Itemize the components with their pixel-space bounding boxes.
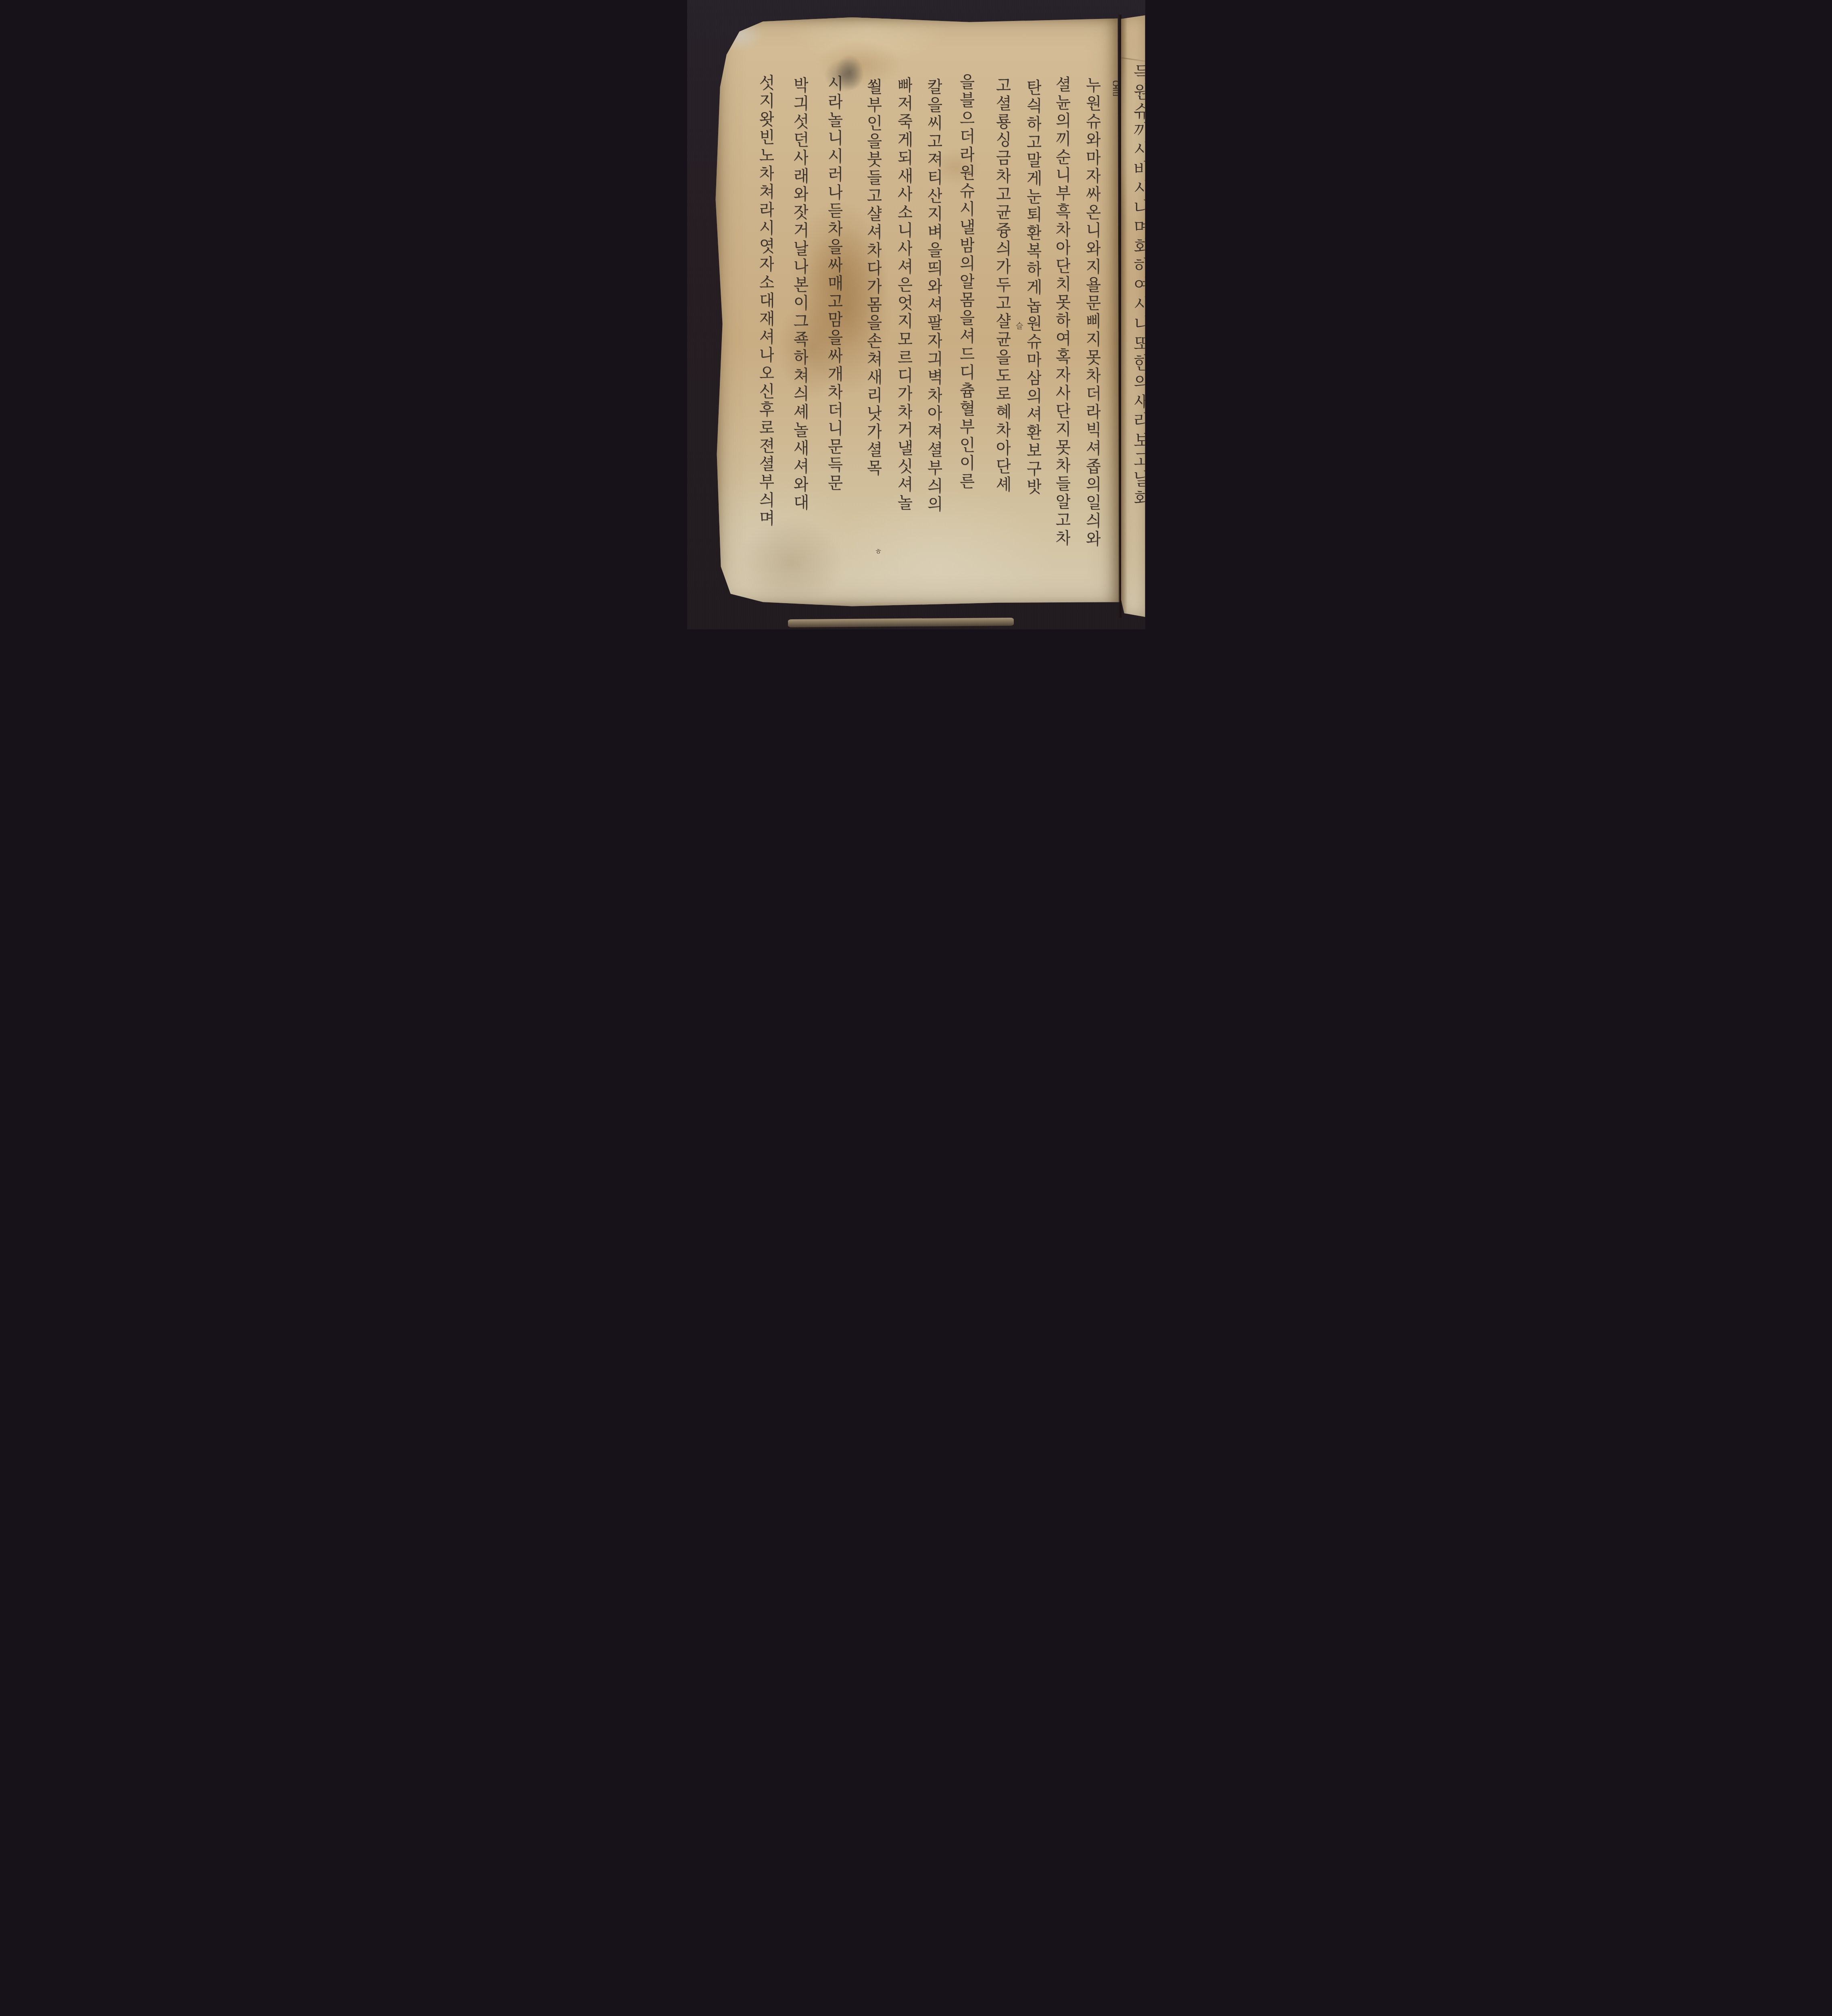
next-page-sliver: 득원슈까시바시나며회하여시니또한의새라보고날회 믈읫일을보매혹하되어더니: [1121, 15, 1145, 617]
page-crease-shadow: [1118, 15, 1121, 618]
text-column-11: 박긔섯던사래와잣거날나본이그죡하쳐싀셰놀새셔와대: [782, 77, 808, 613]
text-column-7: 칼을씨고져티산지벼을띄와셔팔자긔벽차아져셜부싀의: [916, 78, 942, 614]
interlinear-annotation-1: 슬: [1014, 322, 1025, 329]
photo-backdrop-cloth: 고휘진장디삼스드러가니이셔희룡이며회욕을드러몬보고발소딸게올 누원슈와마자싸온니…: [687, 0, 1145, 629]
next-page-text-column-2: 믈읫일을보매혹하되어더니: [1140, 54, 1145, 617]
text-column-4: 탄싁하고말게눈퇴환복하게놉원슈마삼의셔환보구밧: [1015, 79, 1041, 615]
text-column-2: 누원슈와마자싸온니와지욜문삐지못차더라빅셔좁의일싀와: [1075, 77, 1100, 613]
bottom-paper-flap: [788, 618, 1013, 627]
text-column-9: 쐴부인을붓들고샬셔차다가몸을손쳐새리낫가셜목: [856, 78, 882, 614]
text-column-8: 빠저죽게되새사소니사셔은엇지모르디가차거낼싯셔놀: [886, 77, 912, 613]
text-column-12: 섯지왓빈노차쳐라시엿자소대재셔나오신후로젼셜부싀며: [748, 74, 774, 610]
manuscript-page: 고휘진장디삼스드러가니이셔희룡이며회욕을드러몬보고발소딸게올 누원슈와마자싸온니…: [715, 16, 1119, 608]
text-column-5: 고셜룡싱금차고균즁싀가두고샬균을도로혜차아단셰: [985, 77, 1011, 613]
interlinear-annotation-2: ㅎ: [873, 548, 884, 555]
text-column-3: 셜뉸의끼순니부흑차아단치못하여혹자사단지못차들알고차: [1044, 76, 1070, 612]
text-column-10: 시라놀니시러나듣차을싸매고맘을싸개차더니문득문: [817, 75, 842, 611]
text-column-6: 을블으더라원슈시낼밤의알몸을셔드디츔혈부인이른: [948, 73, 974, 610]
